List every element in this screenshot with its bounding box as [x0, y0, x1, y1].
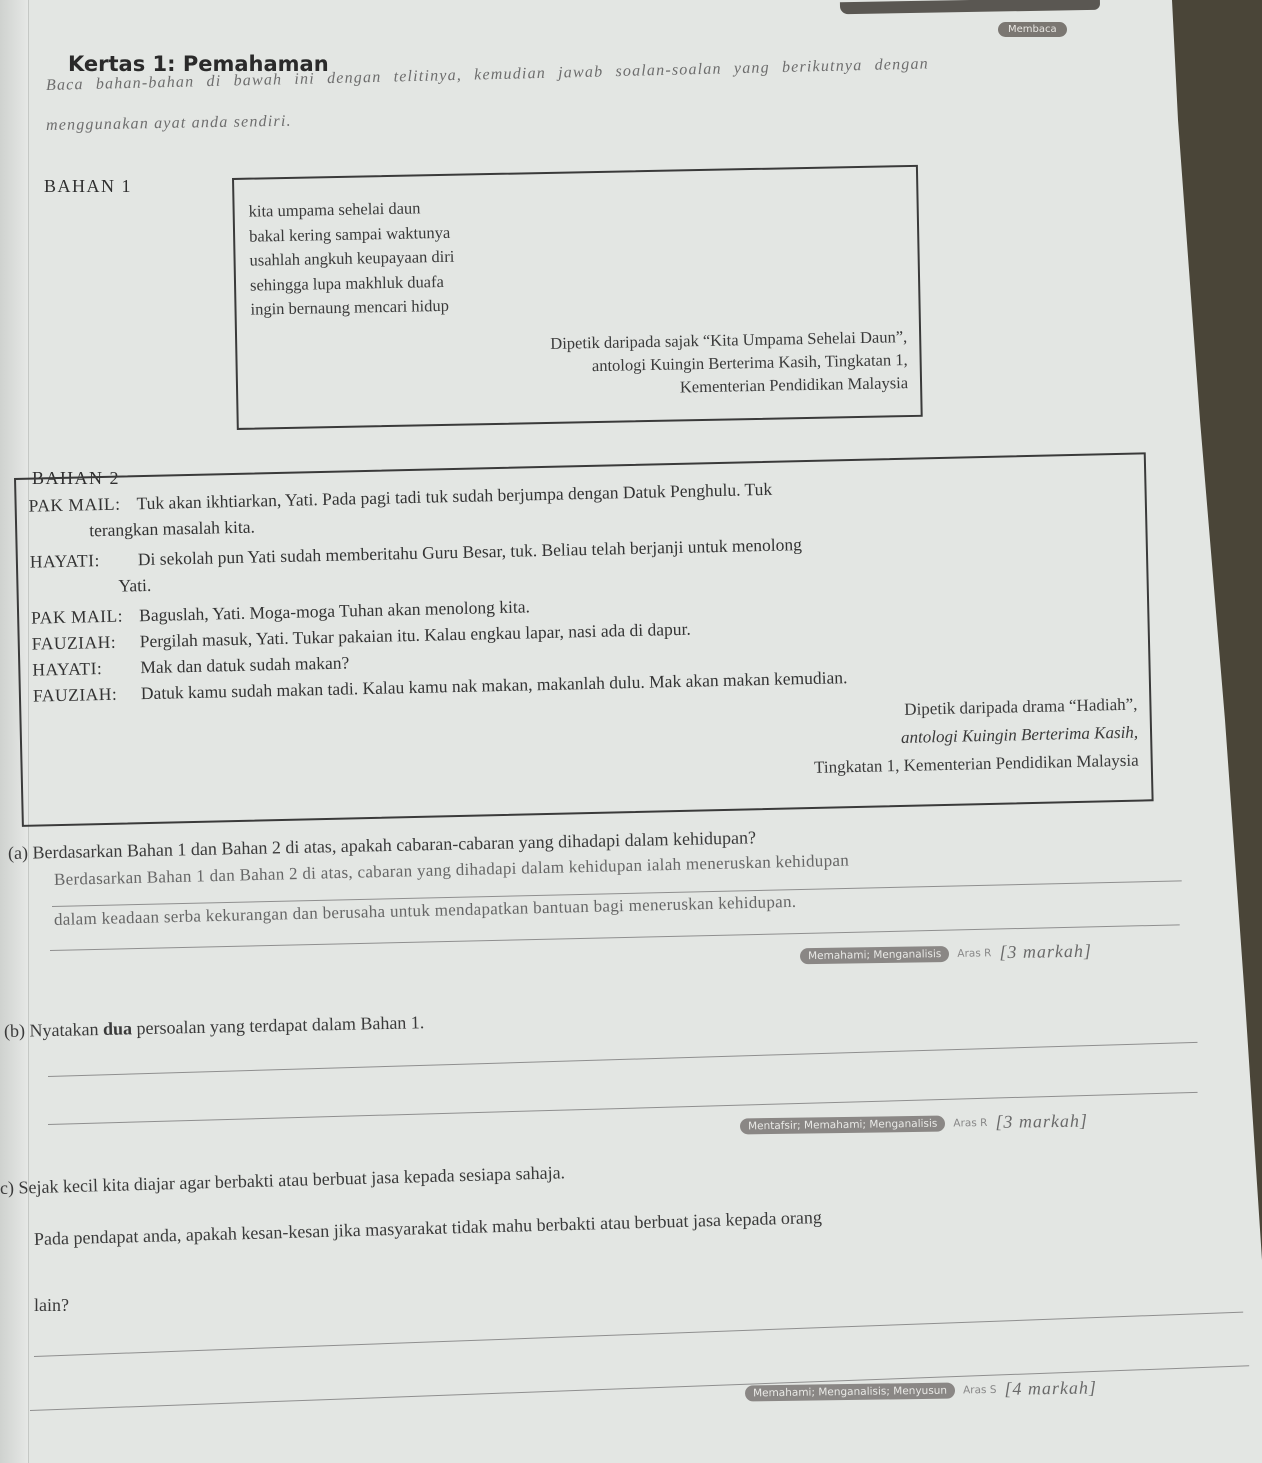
question-number: c): [0, 1178, 14, 1198]
membaca-badge: Membaca: [998, 22, 1067, 37]
question-emphasis: dua: [103, 1018, 132, 1039]
top-tab-strip: [840, 0, 1100, 14]
speaker: FAUZIAH:: [31, 629, 140, 655]
bahan2-box: PAK MAIL: Tuk akan ikhtiarkan, Yati. Pad…: [14, 452, 1154, 827]
bahan2-dialogue: PAK MAIL: Tuk akan ikhtiarkan, Yati. Pad…: [28, 469, 1128, 708]
speaker: FAUZIAH:: [33, 681, 142, 707]
question-c-meta: Memahami; Menganalisis; Menyusun Aras S …: [745, 1378, 1097, 1404]
question-b-meta: Mentafsir; Memahami; Menganalisis Aras R…: [740, 1111, 1088, 1137]
aras-label: Aras R: [953, 1116, 987, 1128]
poem-line: usahlah angkuh keupayaan diri: [249, 245, 454, 273]
question-text: Nyatakan: [29, 1019, 103, 1041]
bahan1-credit: Dipetik daripada sajak “Kita Umpama Sehe…: [550, 325, 908, 401]
marks-label: [3 markah]: [995, 1111, 1088, 1133]
worksheet-page: Membaca Kertas 1: Pemahaman Baca bahan-b…: [0, 0, 1262, 1463]
question-number: (b): [4, 1021, 25, 1041]
question-c: c) Sejak kecil kita diajar agar berbakti…: [0, 1159, 565, 1201]
answer-line-b-1[interactable]: [48, 1042, 1198, 1077]
bahan1-poem: kita umpama sehelai daun bakal kering sa…: [248, 196, 455, 322]
question-c-line-3: lain?: [34, 1292, 69, 1318]
skills-badge: Mentafsir; Memahami; Menganalisis: [740, 1115, 946, 1134]
speaker: HAYATI:: [30, 547, 139, 573]
speaker: PAK MAIL:: [31, 603, 140, 629]
poem-line: ingin bernaung mencari hidup: [250, 294, 455, 322]
question-text: Sejak kecil kita diajar agar berbakti at…: [18, 1162, 565, 1197]
dialogue-text: Mak dan datuk sudah makan?: [140, 650, 349, 679]
credit-line: Tingkatan 1, Kementerian Pendidikan Mala…: [814, 747, 1139, 782]
instruction-line-2: menggunakan ayat anda sendiri.: [46, 94, 1086, 140]
answer-line-c-1[interactable]: [34, 1312, 1243, 1357]
question-number: (a): [8, 843, 28, 863]
marks-label: [3 markah]: [999, 941, 1092, 963]
skills-badge: Memahami; Menganalisis; Menyusun: [745, 1382, 955, 1401]
question-text: persoalan yang terdapat dalam Bahan 1.: [132, 1012, 425, 1038]
speaker: PAK MAIL:: [28, 491, 137, 517]
question-a-meta: Memahami; Menganalisis Aras R [3 markah]: [800, 941, 1092, 967]
question-b: (b) Nyatakan dua persoalan yang terdapat…: [4, 1009, 425, 1044]
aras-label: Aras S: [963, 1383, 997, 1395]
bahan2-credit: Dipetik daripada drama “Hadiah”, antolog…: [813, 691, 1139, 782]
bahan1-label: BAHAN 1: [44, 176, 132, 197]
bahan1-box: kita umpama sehelai daun bakal kering sa…: [232, 165, 923, 430]
question-c-line-2: Pada pendapat anda, apakah kesan-kesan j…: [34, 1204, 823, 1252]
aras-label: Aras R: [957, 947, 991, 960]
skills-badge: Memahami; Menganalisis: [800, 945, 950, 963]
speaker: HAYATI:: [32, 655, 141, 681]
marks-label: [4 markah]: [1004, 1378, 1097, 1400]
